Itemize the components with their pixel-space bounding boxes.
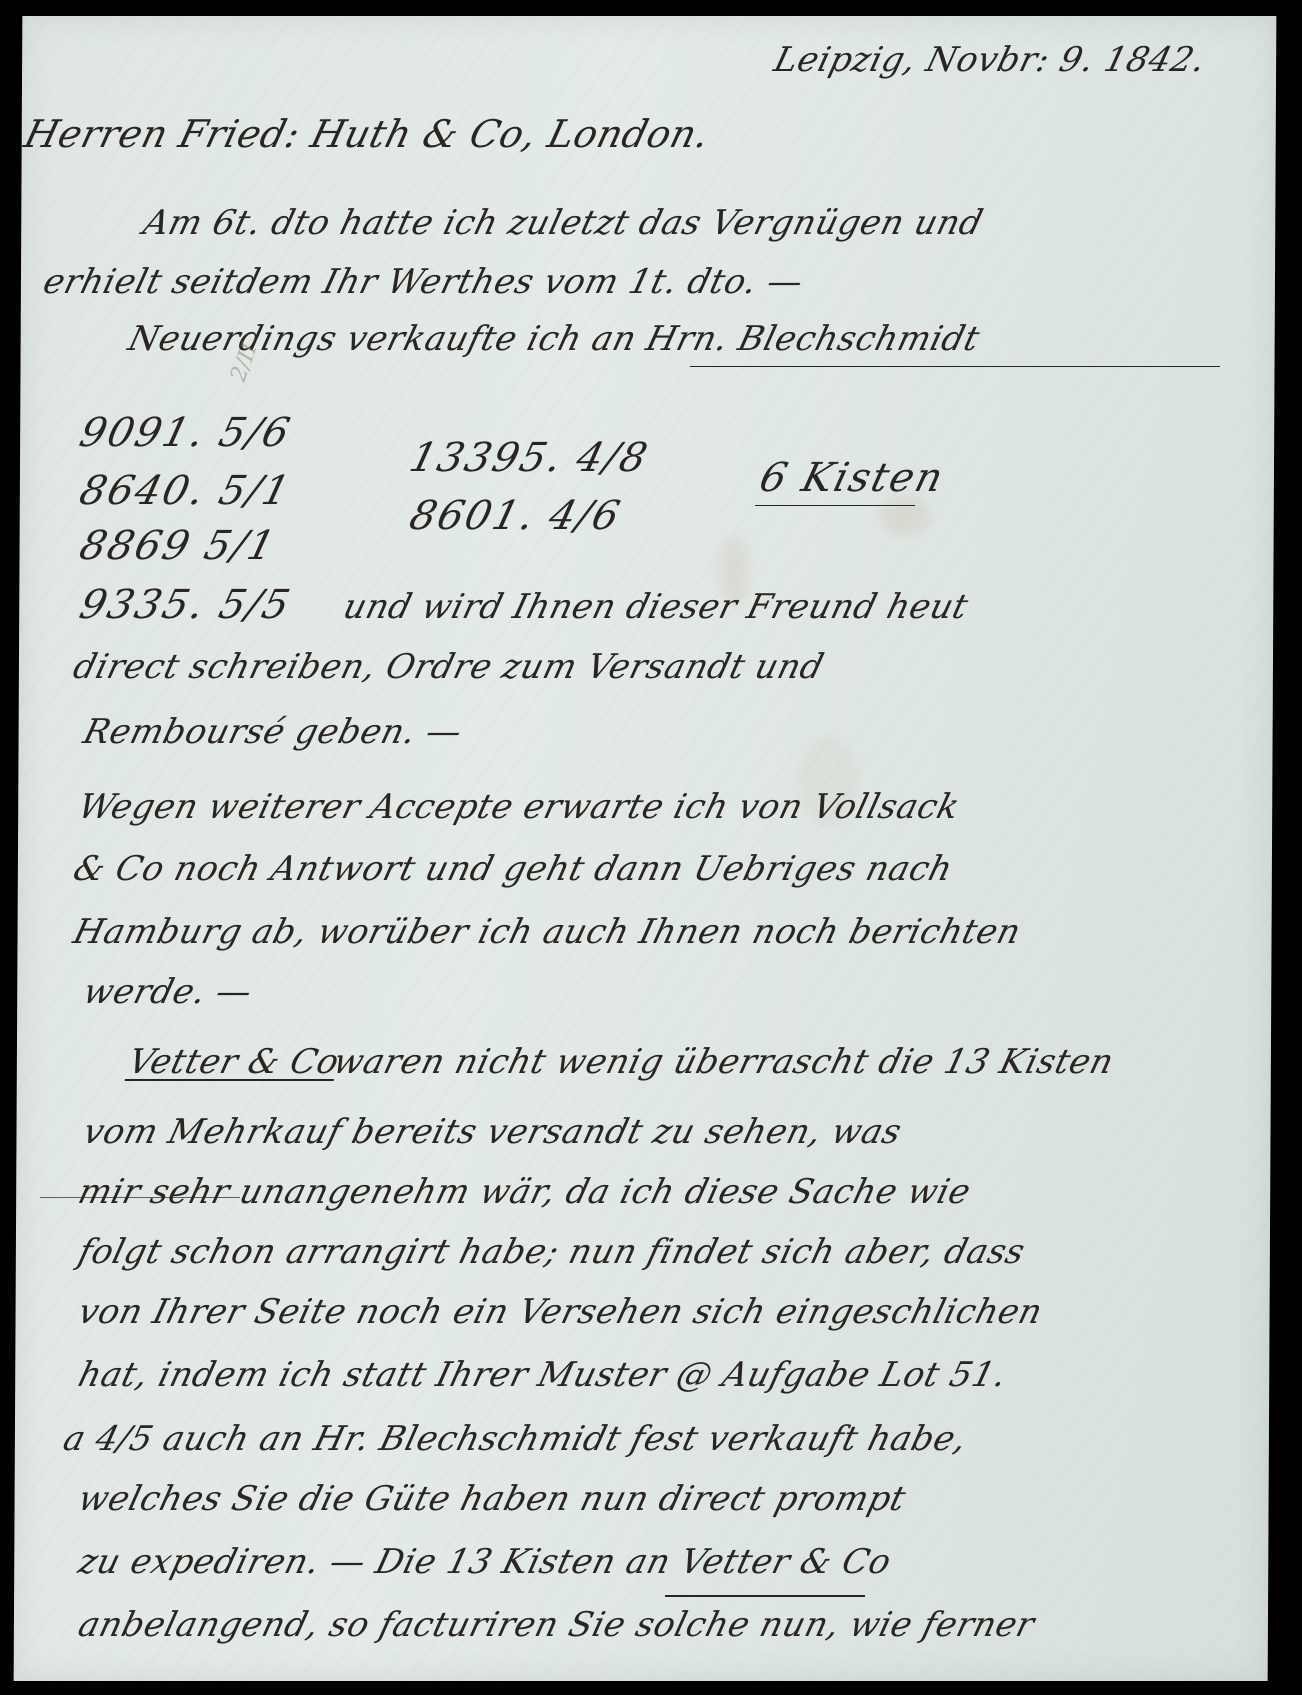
paragraph-4-line-9: zu expediren. — Die 13 Kisten an Vetter … (75, 1545, 895, 1579)
paragraph-4-line-5: von Ihrer Seite noch ein Versehen sich e… (75, 1295, 1046, 1329)
paragraph-2-line-1: und wird Ihnen dieser Freund heut (340, 590, 972, 624)
paragraph-3-line-2: & Co noch Antwort und geht dann Uebriges… (70, 852, 956, 886)
paragraph-4-line-8: welches Sie die Güte haben nun direct pr… (75, 1482, 909, 1516)
crate-entry: 8601. 4/6 (405, 493, 626, 539)
paragraph-4-line-1: waren nicht wenig überrascht die 13 Kist… (330, 1045, 1117, 1079)
paragraph-4-line-6: hat, indem ich statt Ihrer Muster @ Aufg… (75, 1358, 1010, 1392)
paragraph-4-line-7: a 4/5 auch an Hr. Blechschmidt fest verk… (60, 1422, 970, 1456)
paragraph-4-line-2: vom Mehrkauf bereits versandt zu sehen, … (80, 1115, 905, 1149)
paper-stain (880, 496, 930, 536)
paragraph-4-line-4: folgt schon arrangirt habe; nun findet s… (75, 1235, 1028, 1269)
crate-total: 6 Kisten (755, 455, 949, 501)
crate-entry: 13395. 4/8 (405, 435, 654, 481)
place-date: Leipzig, Novbr: 9. 1842. (770, 40, 1210, 80)
phrase-underline (665, 1595, 865, 1597)
paragraph-2-line-3: Remboursé geben. — (80, 715, 465, 749)
strikethrough-line (40, 1197, 240, 1198)
underline-rule (690, 366, 1220, 367)
underlined-name: Vetter & Co (125, 1045, 343, 1079)
paragraph-1-line-2: erhielt seitdem Ihr Werthes vom 1t. dto.… (40, 265, 807, 299)
paragraph-3-line-3: Hamburg ab, worüber ich auch Ihnen noch … (70, 915, 1024, 949)
paragraph-2-line-2: direct schreiben, Ordre zum Versandt und (70, 650, 827, 684)
paragraph-3-line-4: werde. — (80, 975, 255, 1009)
crate-entry: 9335. 5/5 (75, 582, 296, 628)
paragraph-4-line-10: anbelangend, so facturiren Sie solche nu… (75, 1608, 1038, 1642)
paragraph-4-line-3: mir sehr unangenehm wär, da ich diese Sa… (75, 1175, 974, 1209)
total-underline (755, 505, 915, 506)
crate-entry: 8640. 5/1 (75, 468, 296, 514)
paragraph-3-line-1: Wegen weiterer Accepte erwarte ich von V… (75, 790, 963, 824)
crate-entry: 8869 5/1 (75, 523, 281, 569)
salutation: Herren Fried: Huth & Co, London. (20, 112, 714, 156)
paragraph-1-line-1: Am 6t. dto hatte ich zuletzt das Vergnüg… (140, 206, 986, 240)
crate-entry: 9091. 5/6 (75, 410, 296, 456)
